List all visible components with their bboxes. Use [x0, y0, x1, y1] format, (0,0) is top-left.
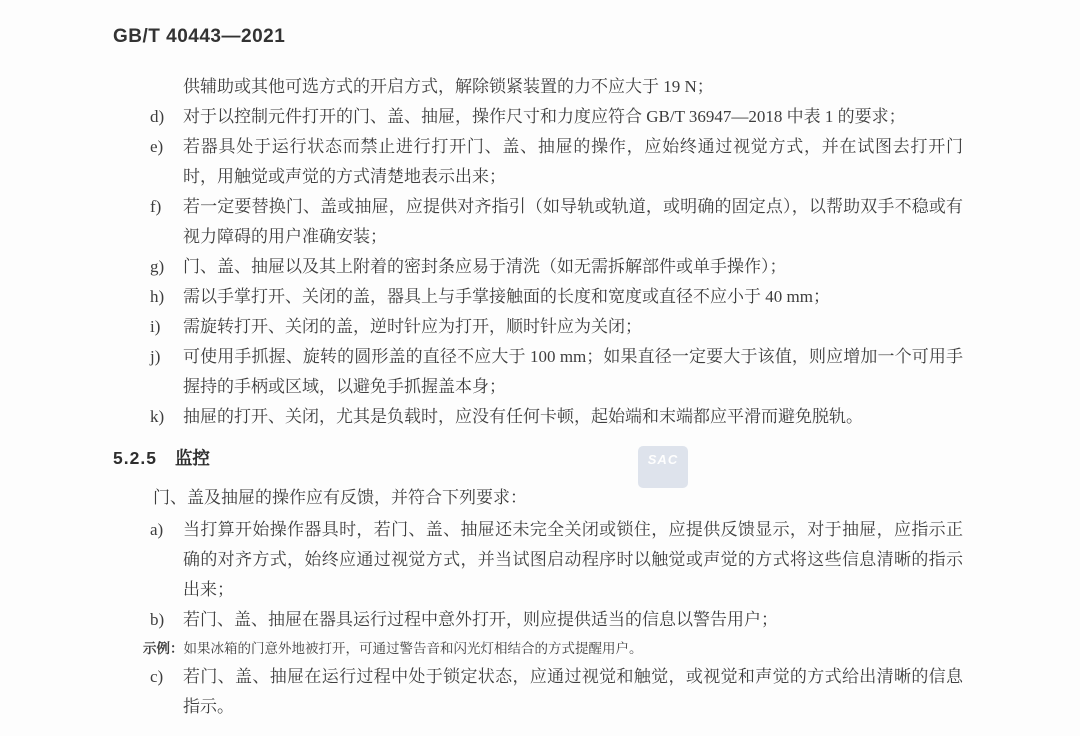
- list-item-text: 门、盖、抽屉以及其上附着的密封条应易于清洗（如无需拆解部件或单手操作）；: [183, 252, 963, 282]
- list-item-h: h) 需以手掌打开、关闭的盖，器具上与手掌接触面的长度和宽度或直径不应小于 40…: [113, 282, 963, 312]
- list-item-text: 若一定要替换门、盖或抽屉，应提供对齐指引（如导轨或轨道，或明确的固定点），以帮助…: [183, 192, 963, 252]
- list-marker: b): [150, 605, 183, 635]
- list-item-g: g) 门、盖、抽屉以及其上附着的密封条应易于清洗（如无需拆解部件或单手操作）；: [113, 252, 963, 282]
- list-marker: c): [150, 662, 183, 722]
- list-marker: f): [150, 192, 183, 252]
- section-title: 监控: [175, 448, 210, 468]
- list-item-j: j) 可使用手抓握、旋转的圆形盖的直径不应大于 100 mm；如果直径一定要大于…: [113, 342, 963, 402]
- list-marker: d): [150, 102, 183, 132]
- list-item-text: 抽屉的打开、关闭，尤其是负载时，应没有任何卡顿，起始端和末端都应平滑而避免脱轨。: [183, 402, 963, 432]
- example-note: 示例：如果冰箱的门意外地被打开，可通过警告音和闪光灯相结合的方式提醒用户。: [113, 635, 963, 662]
- list-item-d: d) 对于以控制元件打开的门、盖、抽屉，操作尺寸和力度应符合 GB/T 3694…: [113, 102, 963, 132]
- standard-number-header: GB/T 40443—2021: [113, 26, 285, 48]
- requirements-list-c: c) 若门、盖、抽屉在运行过程中处于锁定状态，应通过视觉和触觉，或视觉和声觉的方…: [113, 662, 963, 722]
- list-item-a: a) 当打算开始操作器具时，若门、盖、抽屉还未完全关闭或锁住，应提供反馈显示，对…: [113, 515, 963, 605]
- continuation-paragraph: 供辅助或其他可选方式的开启方式，解除锁紧装置的力不应大于 19 N；: [113, 72, 963, 102]
- list-item-i: i) 需旋转打开、关闭的盖，逆时针应为打开，顺时针应为关闭；: [113, 312, 963, 342]
- list-marker: g): [150, 252, 183, 282]
- list-item-text: 需旋转打开、关闭的盖，逆时针应为打开，顺时针应为关闭；: [183, 312, 963, 342]
- list-item-text: 若门、盖、抽屉在器具运行过程中意外打开，则应提供适当的信息以警告用户；: [183, 605, 963, 635]
- list-item-text: 对于以控制元件打开的门、盖、抽屉，操作尺寸和力度应符合 GB/T 36947—2…: [183, 102, 963, 132]
- requirements-list-d-k: d) 对于以控制元件打开的门、盖、抽屉，操作尺寸和力度应符合 GB/T 3694…: [113, 102, 963, 432]
- example-text: 如果冰箱的门意外地被打开，可通过警告音和闪光灯相结合的方式提醒用户。: [184, 641, 643, 656]
- list-marker: h): [150, 282, 183, 312]
- section-heading-5-2-5: 5.2.5监控: [113, 445, 963, 471]
- example-label: 示例：: [143, 641, 184, 656]
- list-marker: k): [150, 402, 183, 432]
- document-page: GB/T 40443—2021 SAC 供辅助或其他可选方式的开启方式，解除锁紧…: [0, 0, 1080, 736]
- section-number: 5.2.5: [113, 448, 157, 468]
- section-intro-paragraph: 门、盖及抽屉的操作应有反馈，并符合下列要求：: [113, 483, 963, 513]
- list-item-text: 若门、盖、抽屉在运行过程中处于锁定状态，应通过视觉和触觉，或视觉和声觉的方式给出…: [183, 662, 963, 722]
- list-item-e: e) 若器具处于运行状态而禁止进行打开门、盖、抽屉的操作，应始终通过视觉方式，并…: [113, 132, 963, 192]
- list-marker: i): [150, 312, 183, 342]
- list-item-b: b) 若门、盖、抽屉在器具运行过程中意外打开，则应提供适当的信息以警告用户；: [113, 605, 963, 635]
- list-item-k: k) 抽屉的打开、关闭，尤其是负载时，应没有任何卡顿，起始端和末端都应平滑而避免…: [113, 402, 963, 432]
- list-item-text: 需以手掌打开、关闭的盖，器具上与手掌接触面的长度和宽度或直径不应小于 40 mm…: [183, 282, 963, 312]
- list-item-f: f) 若一定要替换门、盖或抽屉，应提供对齐指引（如导轨或轨道，或明确的固定点），…: [113, 192, 963, 252]
- list-marker: j): [150, 342, 183, 402]
- requirements-list-a-b: a) 当打算开始操作器具时，若门、盖、抽屉还未完全关闭或锁住，应提供反馈显示，对…: [113, 515, 963, 635]
- list-marker: e): [150, 132, 183, 192]
- list-marker: a): [150, 515, 183, 605]
- list-item-text: 可使用手抓握、旋转的圆形盖的直径不应大于 100 mm；如果直径一定要大于该值，…: [183, 342, 963, 402]
- list-item-text: 若器具处于运行状态而禁止进行打开门、盖、抽屉的操作，应始终通过视觉方式，并在试图…: [183, 132, 963, 192]
- document-body: 供辅助或其他可选方式的开启方式，解除锁紧装置的力不应大于 19 N； d) 对于…: [113, 72, 963, 722]
- list-item-text: 当打算开始操作器具时，若门、盖、抽屉还未完全关闭或锁住，应提供反馈显示，对于抽屉…: [183, 515, 963, 605]
- list-item-c: c) 若门、盖、抽屉在运行过程中处于锁定状态，应通过视觉和触觉，或视觉和声觉的方…: [113, 662, 963, 722]
